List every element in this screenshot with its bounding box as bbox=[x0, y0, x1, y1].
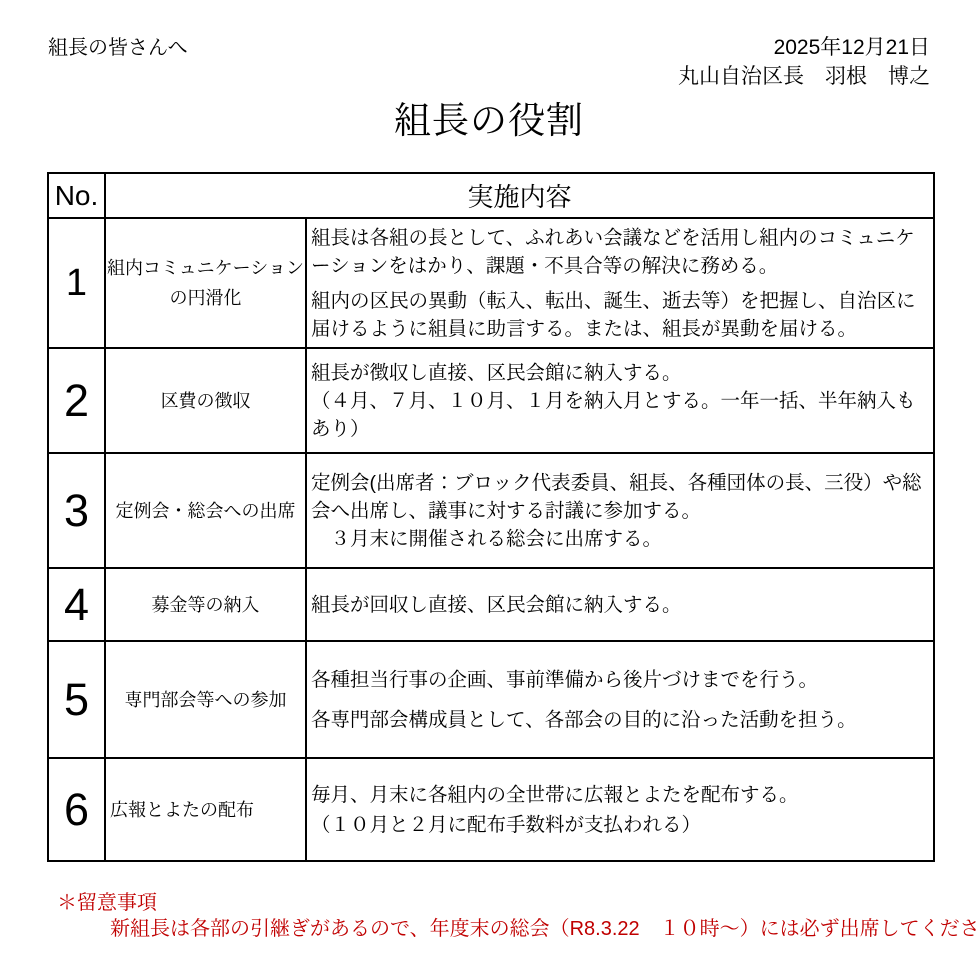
table-row: 4 募金等の納入 組長が回収し直接、区民会館に納入する。 bbox=[48, 568, 934, 641]
task-details: 定例会(出席者：ブロック代表委員、組長、各種団体の長、三役）や総会へ出席し、議事… bbox=[306, 453, 934, 568]
table-header-row: No. 実施内容 bbox=[48, 173, 934, 218]
detail-paragraph: 組長は各組の長として、ふれあい会議などを活用し組内のコミュニケーションをはかり、… bbox=[311, 224, 927, 280]
detail-paragraph: ３月末に開催される総会に出席する。 bbox=[311, 525, 927, 553]
row-number: 2 bbox=[48, 348, 105, 453]
table-row: 3 定例会・総会への出席 定例会(出席者：ブロック代表委員、組長、各種団体の長、… bbox=[48, 453, 934, 568]
task-name: 定例会・総会への出席 bbox=[105, 453, 306, 568]
row-number: 5 bbox=[48, 641, 105, 758]
task-name: 専門部会等への参加 bbox=[105, 641, 306, 758]
table-row: 6 広報とよたの配布 毎月、月末に各組内の全世帯に広報とよたを配布する。 （１０… bbox=[48, 758, 934, 861]
table-row: 1 組内コミュニケーションの円滑化 組長は各組の長として、ふれあい会議などを活用… bbox=[48, 218, 934, 348]
author-line: 丸山自治区長 羽根 博之 bbox=[678, 60, 930, 90]
table-row: 5 専門部会等への参加 各種担当行事の企画、事前準備から後片づけまでを行う。 各… bbox=[48, 641, 934, 758]
notes-body: 新組長は各部の引継ぎがあるので、年度末の総会（R8.3.22 １０時～）には必ず… bbox=[110, 912, 978, 941]
table-row: 2 区費の徴収 組長が徴収し直接、区民会館に納入する。 （４月、７月、１０月、１… bbox=[48, 348, 934, 453]
task-name: 募金等の納入 bbox=[105, 568, 306, 641]
row-number: 1 bbox=[48, 218, 105, 348]
detail-paragraph: （４月、７月、１０月、１月を納入月とする。一年一括、半年納入もあり） bbox=[311, 387, 927, 443]
task-name: 組内コミュニケーションの円滑化 bbox=[105, 218, 306, 348]
header-content: 実施内容 bbox=[105, 173, 934, 218]
detail-paragraph: 各種担当行事の企画、事前準備から後片づけまでを行う。 bbox=[311, 666, 927, 694]
detail-paragraph: 組内の区民の異動（転入、転出、誕生、逝去等）を把握し、自治区に届けるように組員に… bbox=[311, 287, 927, 343]
row-number: 4 bbox=[48, 568, 105, 641]
date-line: 2025年12月21日 bbox=[774, 31, 930, 61]
row-number: 6 bbox=[48, 758, 105, 861]
recipient-line: 組長の皆さんへ bbox=[48, 31, 188, 60]
task-details: 組長は各組の長として、ふれあい会議などを活用し組内のコミュニケーションをはかり、… bbox=[306, 218, 934, 348]
page-title: 組長の役割 bbox=[0, 90, 978, 144]
detail-paragraph: （１０月と２月に配布手数料が支払われる） bbox=[311, 811, 927, 839]
header-no: No. bbox=[48, 173, 105, 218]
notes-heading: ＊留意事項 bbox=[57, 886, 157, 915]
row-number: 3 bbox=[48, 453, 105, 568]
detail-paragraph: 組長が徴収し直接、区民会館に納入する。 bbox=[311, 359, 927, 387]
task-details: 組長が回収し直接、区民会館に納入する。 bbox=[306, 568, 934, 641]
task-name: 広報とよたの配布 bbox=[105, 758, 306, 861]
detail-paragraph: 各専門部会構成員として、各部会の目的に沿った活動を担う。 bbox=[311, 706, 927, 734]
task-details: 組長が徴収し直接、区民会館に納入する。 （４月、７月、１０月、１月を納入月とする… bbox=[306, 348, 934, 453]
roles-table: No. 実施内容 1 組内コミュニケーションの円滑化 組長は各組の長として、ふれ… bbox=[47, 172, 935, 862]
task-details: 各種担当行事の企画、事前準備から後片づけまでを行う。 各専門部会構成員として、各… bbox=[306, 641, 934, 758]
detail-paragraph: 定例会(出席者：ブロック代表委員、組長、各種団体の長、三役）や総会へ出席し、議事… bbox=[311, 469, 927, 525]
detail-paragraph: 毎月、月末に各組内の全世帯に広報とよたを配布する。 bbox=[311, 781, 927, 809]
detail-paragraph: 組長が回収し直接、区民会館に納入する。 bbox=[311, 591, 927, 619]
page: { "page": { "recipient": "組長の皆さんへ", "dat… bbox=[0, 0, 978, 967]
task-name: 区費の徴収 bbox=[105, 348, 306, 453]
task-details: 毎月、月末に各組内の全世帯に広報とよたを配布する。 （１０月と２月に配布手数料が… bbox=[306, 758, 934, 861]
